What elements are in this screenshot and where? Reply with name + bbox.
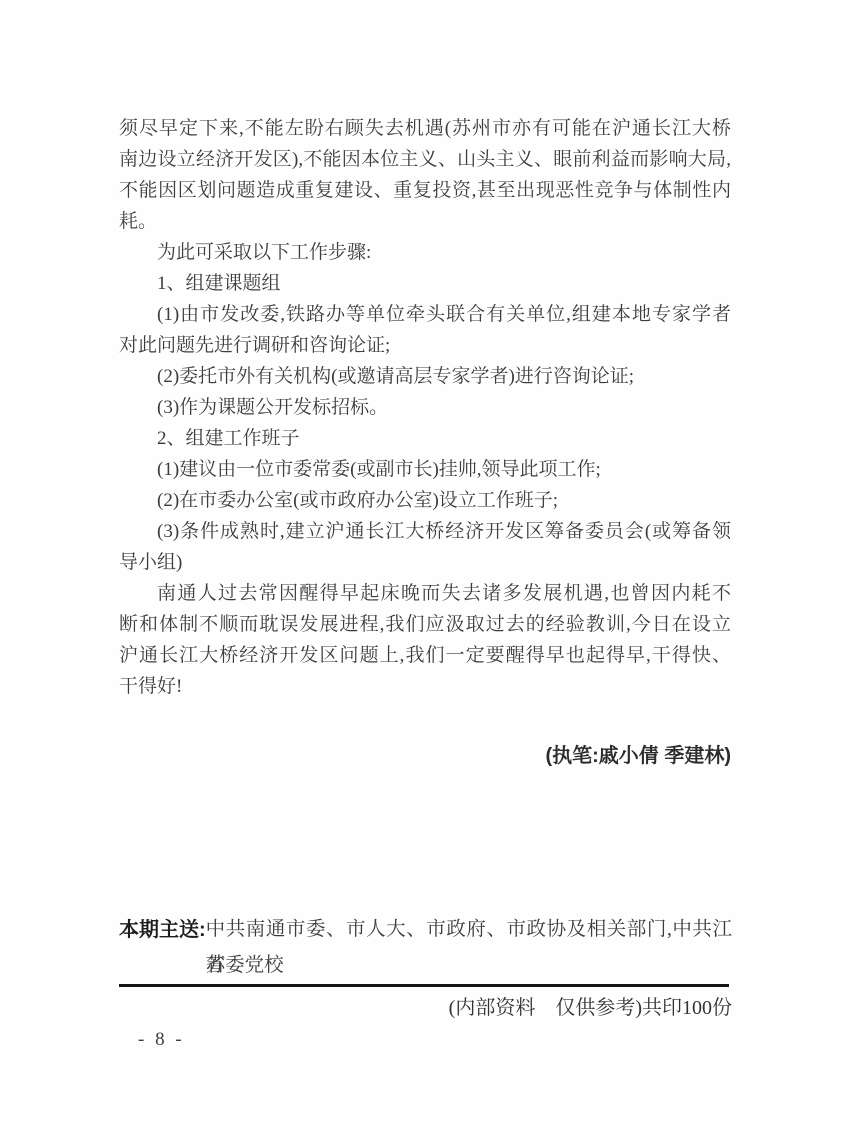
body-line: 南通人过去常因醒得早起床晚而失去诸多发展机遇,也曾因内耗不 bbox=[119, 578, 731, 609]
author-signature: (执笔:戚小倩 季建林) bbox=[119, 741, 731, 772]
body-line: 2、组建工作班子 bbox=[119, 423, 731, 454]
distribution-recipients: 中共南通市委、市人大、市政府、市政协及相关部门,中共江苏 省委党校 bbox=[206, 912, 732, 984]
distribution-label: 本期主送: bbox=[119, 912, 206, 948]
body-line: 沪通长江大桥经济开发区问题上,我们一定要醒得早也起得早,干得快、 bbox=[119, 640, 731, 671]
body-line: 不能因区划问题造成重复建设、重复投资,甚至出现恶性竞争与体制性内 bbox=[119, 175, 731, 206]
print-info: (内部资料 仅供参考)共印100份 bbox=[119, 993, 732, 1024]
body-line: 干得好! bbox=[119, 671, 731, 702]
footer-rule bbox=[119, 984, 729, 987]
distribution-line: 省委党校 bbox=[206, 948, 732, 984]
body-line: 1、组建课题组 bbox=[119, 268, 731, 299]
body-line: (3)作为课题公开发标招标。 bbox=[119, 392, 731, 423]
body-line: (2)在市委办公室(或市政府办公室)设立工作班子; bbox=[119, 485, 731, 516]
body-line: 导小组) bbox=[119, 547, 731, 578]
distribution-block: 本期主送: 中共南通市委、市人大、市政府、市政协及相关部门,中共江苏 省委党校 bbox=[119, 912, 732, 984]
body-line: (1)建议由一位市委常委(或副市长)挂帅,领导此项工作; bbox=[119, 454, 731, 485]
body-line: 对此问题先进行调研和咨询论证; bbox=[119, 330, 731, 361]
document-page: 须尽早定下来,不能左盼右顾失去机遇(苏州市亦有可能在沪通长江大桥 南边设立经济开… bbox=[0, 0, 850, 1146]
body-line: 为此可采取以下工作步骤: bbox=[119, 237, 731, 268]
body-line: (2)委托市外有关机构(或邀请高层专家学者)进行咨询论证; bbox=[119, 361, 731, 392]
body-line: 耗。 bbox=[119, 206, 731, 237]
page-number: - 8 - bbox=[138, 1029, 185, 1051]
body-line: 须尽早定下来,不能左盼右顾失去机遇(苏州市亦有可能在沪通长江大桥 bbox=[119, 113, 731, 144]
body-line: (1)由市发改委,铁路办等单位牵头联合有关单位,组建本地专家学者 bbox=[119, 299, 731, 330]
body-text-column: 须尽早定下来,不能左盼右顾失去机遇(苏州市亦有可能在沪通长江大桥 南边设立经济开… bbox=[119, 113, 731, 702]
body-line: (3)条件成熟时,建立沪通长江大桥经济开发区筹备委员会(或筹备领 bbox=[119, 516, 731, 547]
distribution-line: 中共南通市委、市人大、市政府、市政协及相关部门,中共江苏 bbox=[206, 912, 732, 948]
body-line: 断和体制不顺而耽误发展进程,我们应汲取过去的经验教训,今日在设立 bbox=[119, 609, 731, 640]
body-line: 南边设立经济开发区),不能因本位主义、山头主义、眼前利益而影响大局, bbox=[119, 144, 731, 175]
